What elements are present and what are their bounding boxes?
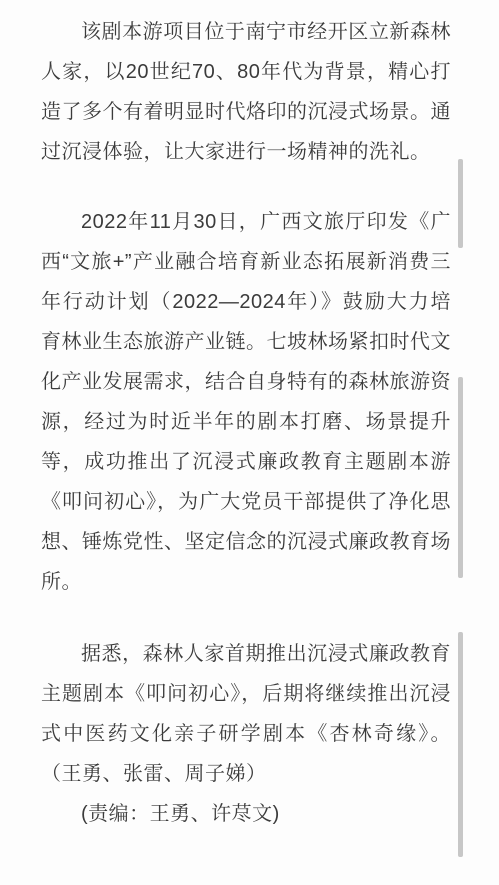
article-paragraph: 2022年11月30日，广西文旅厅印发《广西“文旅+”产业融合培育新业态拓展新消…	[41, 202, 451, 602]
scrollbar-thumb[interactable]	[458, 377, 463, 578]
scrollbar-thumb[interactable]	[458, 159, 463, 248]
article-paragraph: 该剧本游项目位于南宁市经开区立新森林人家，以20世纪70、80年代为背景，精心打…	[41, 12, 451, 172]
article-paragraph: 据悉，森林人家首期推出沉浸式廉政教育主题剧本《叩问初心》，后期将继续推出沉浸式中…	[41, 634, 451, 794]
editor-byline: (责编：王勇、许荩文)	[41, 794, 451, 834]
article-body: 该剧本游项目位于南宁市经开区立新森林人家，以20世纪70、80年代为背景，精心打…	[41, 0, 451, 834]
scrollbar-thumb[interactable]	[458, 632, 463, 857]
